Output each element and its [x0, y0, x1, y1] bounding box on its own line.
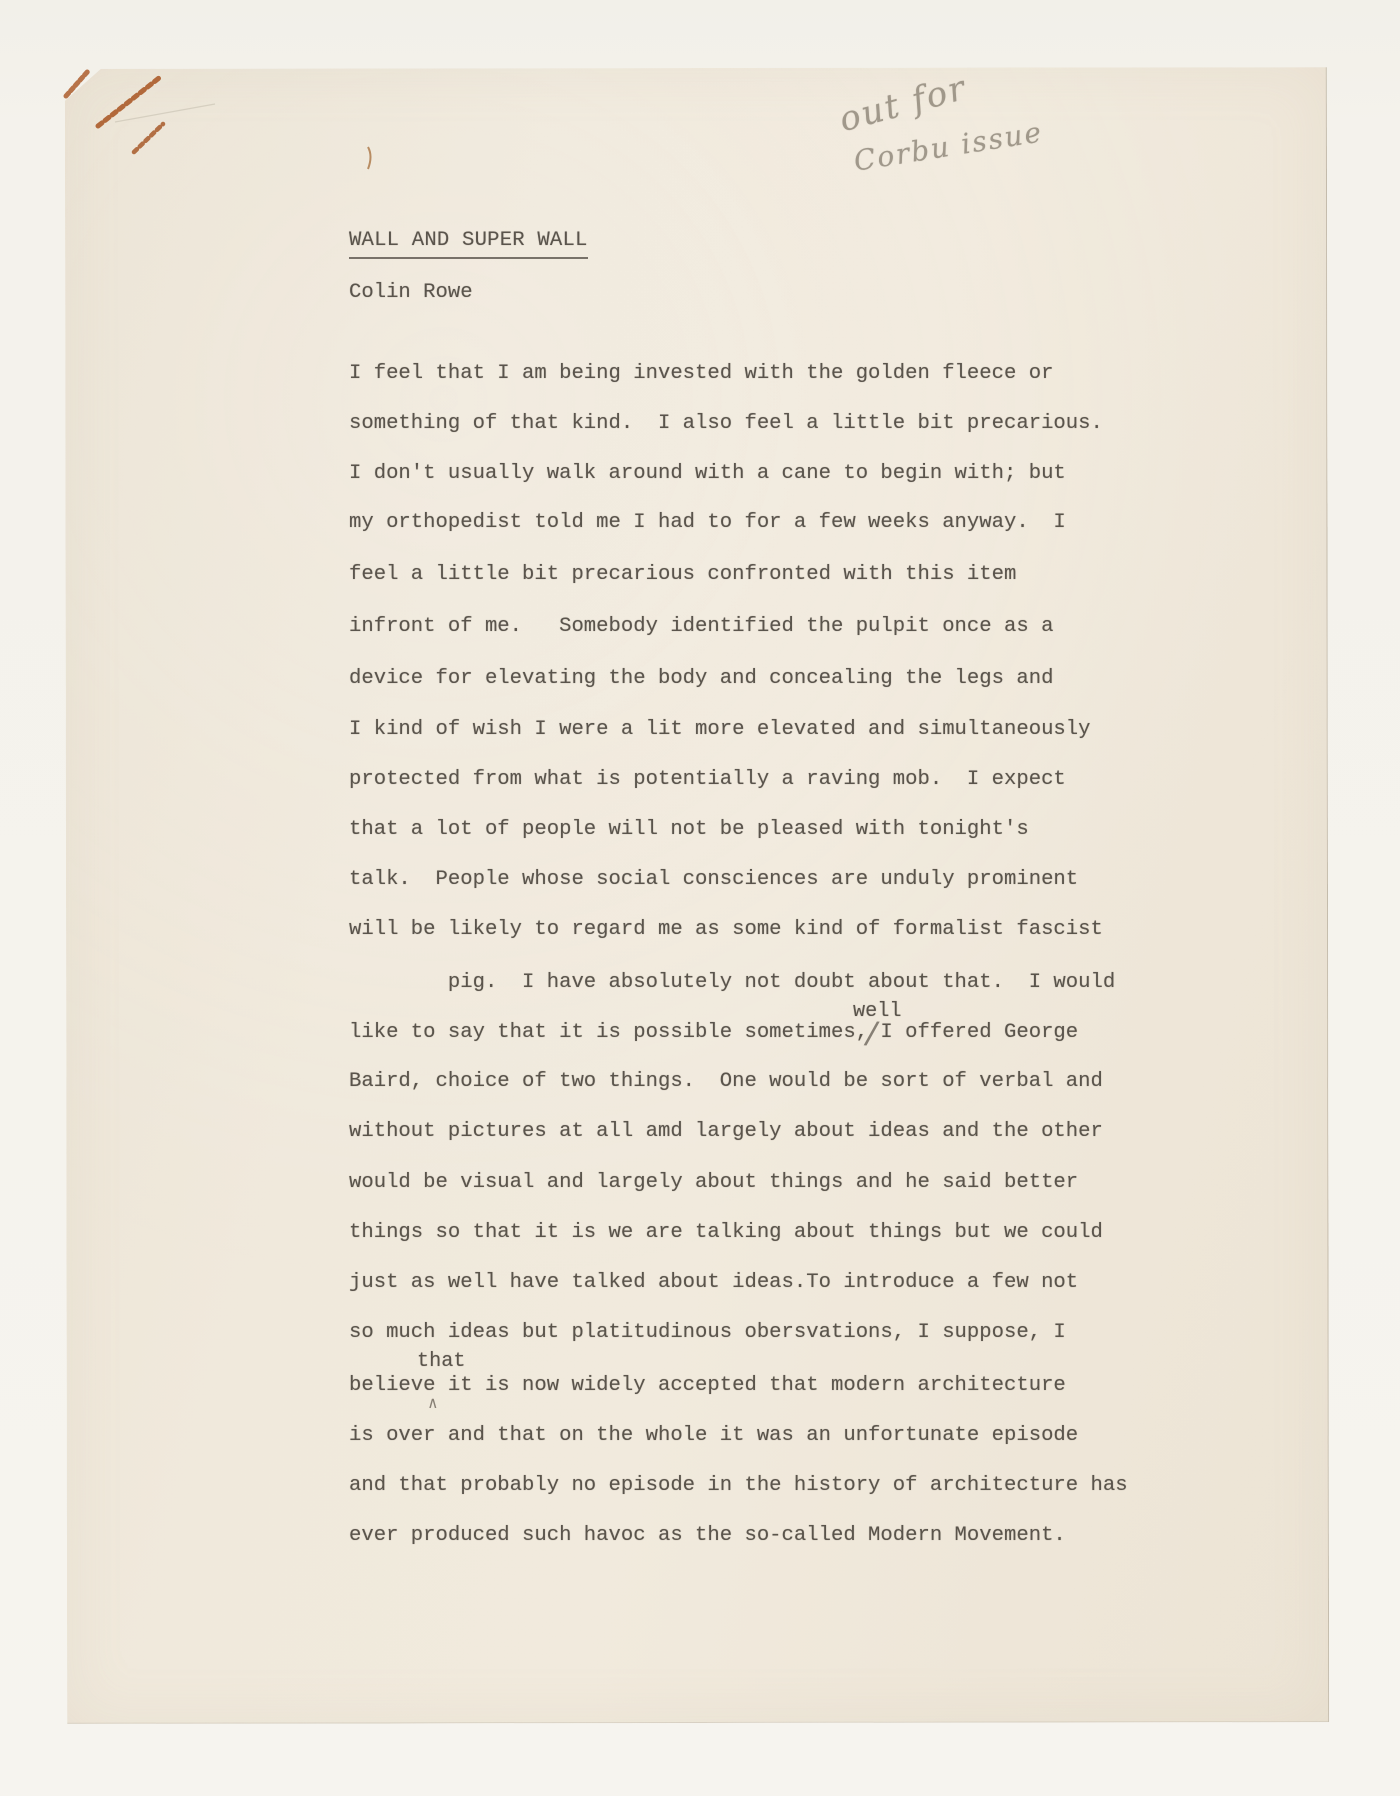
typed-line: without pictures at all amd largely abou…: [349, 1120, 1103, 1144]
typed-line: pig. I have absolutely not doubt about t…: [349, 971, 1115, 995]
typed-line: I don't usually walk around with a cane …: [349, 462, 1066, 486]
typed-line: I kind of wish I were a lit more elevate…: [349, 718, 1091, 742]
typed-line: Baird, choice of two things. One would b…: [349, 1070, 1103, 1094]
interlinear-insertion-that: that: [417, 1350, 465, 1374]
typed-line: like to say that it is possible sometime…: [349, 1021, 1078, 1045]
document-byline: Colin Rowe: [349, 281, 473, 305]
insertion-caret-slash: /: [862, 1015, 882, 1051]
typed-line: just as well have talked about ideas.To …: [349, 1271, 1078, 1295]
typed-line: things so that it is we are talking abou…: [349, 1221, 1103, 1245]
typed-line: is over and that on the whole it was an …: [349, 1424, 1078, 1448]
document-title: WALL AND SUPER WALL: [349, 229, 588, 259]
typed-line: that a lot of people will not be pleased…: [349, 818, 1029, 842]
typed-line: infront of me. Somebody identified the p…: [349, 615, 1053, 639]
typed-line: would be visual and largely about things…: [349, 1171, 1078, 1195]
typed-line: so much ideas but platitudinous obersvat…: [349, 1321, 1066, 1345]
insertion-caret-hat: ∧: [428, 1393, 438, 1412]
typed-line: will be likely to regard me as some kind…: [349, 918, 1103, 942]
typed-line: protected from what is potentially a rav…: [349, 768, 1066, 792]
typed-line: my orthopedist told me I had to for a fe…: [349, 511, 1066, 535]
typed-line: and that probably no episode in the hist…: [349, 1474, 1128, 1498]
typed-line: feel a little bit precarious confronted …: [349, 563, 1016, 587]
typed-line: ever produced such havoc as the so-calle…: [349, 1524, 1066, 1548]
typed-line: I feel that I am being invested with the…: [349, 362, 1053, 386]
typed-line: device for elevating the body and concea…: [349, 667, 1053, 691]
scanned-document-page: out for Corbu issue WALL AND SUPER WALL …: [0, 0, 1400, 1796]
typed-line: believe it is now widely accepted that m…: [349, 1374, 1066, 1398]
typed-line: something of that kind. I also feel a li…: [349, 412, 1103, 436]
typed-line: talk. People whose social consciences ar…: [349, 868, 1078, 892]
